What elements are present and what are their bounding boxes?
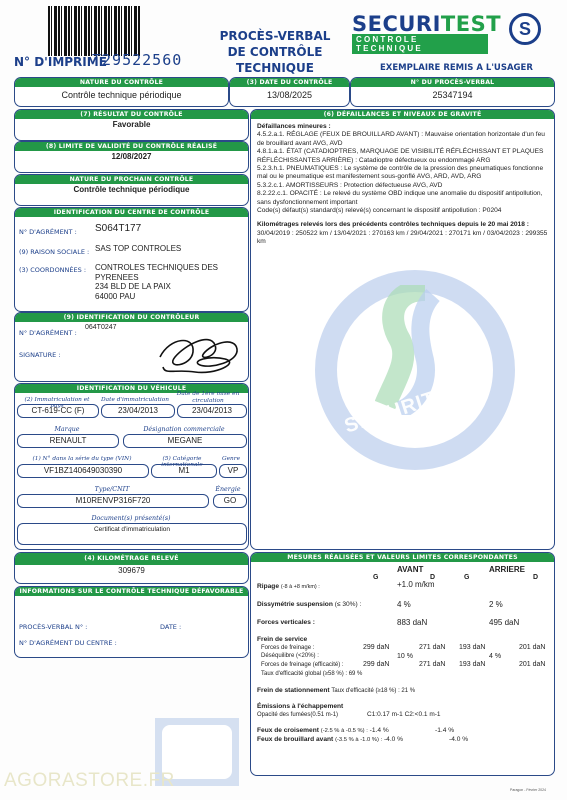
date-controle-box: (3) DATE DU CONTRÔLE 13/08/2025 — [229, 77, 350, 107]
imprime-number: T29522560 — [92, 51, 182, 69]
centre-box: IDENTIFICATION DU CENTRE DE CONTRÔLE N° … — [14, 207, 249, 312]
energie-value: GO — [213, 494, 247, 508]
designation-value: MEGANE — [123, 434, 247, 448]
km-history: Kilométrages relevés lors des précédents… — [257, 221, 548, 246]
defaillances-list: Défaillances mineures : 4.5.2.a.1. RÉGLA… — [251, 119, 554, 251]
vehicule-box: IDENTIFICATION DU VÉHICULE (2) Immatricu… — [14, 383, 249, 550]
categorie-value: M1 — [151, 464, 217, 478]
validite-box: (8) LIMITE DE VALIDITÉ DU CONTRÔLE RÉALI… — [14, 141, 249, 173]
prochain-box: NATURE DU PROCHAIN CONTRÔLE Contrôle tec… — [14, 174, 249, 206]
securitest-logo: SECURITEST CONTROLE TECHNIQUE — [352, 12, 522, 54]
defaillance-item: Code(s) défaut(s) standard(s) relevé(s) … — [257, 207, 548, 215]
centre-agrement-value: S064T177 — [95, 223, 141, 234]
marque-value: RENAULT — [17, 434, 119, 448]
agorastore-watermark: AGORASTORE.FR — [4, 770, 175, 792]
date-circulation-value: 23/04/2013 — [177, 404, 247, 418]
controleur-box: (9) IDENTIFICATION DU CONTRÔLEUR N° D'AG… — [14, 312, 249, 382]
immatriculation-value: CT-619-CC (F) — [17, 404, 99, 418]
print-note: Paragon - Février 2024 — [510, 788, 546, 792]
prochain-value: Contrôle technique périodique — [15, 184, 248, 194]
controleur-agrement-value: 064T0247 — [85, 324, 117, 331]
genre-value: VP — [219, 464, 247, 478]
kilometrage-value: 309679 — [15, 565, 248, 575]
resultat-box: (7) RÉSULTAT DU CONTRÔLE Favorable — [14, 109, 249, 141]
cnit-value: M10RENVP316F720 — [17, 494, 209, 508]
date-immat-value: 23/04/2013 — [101, 404, 175, 418]
signature — [155, 327, 245, 377]
resultat-value: Favorable — [15, 119, 248, 129]
exemplaire-label: EXEMPLAIRE REMIS A L'USAGER — [380, 63, 533, 73]
validite-value: 12/08/2027 — [15, 151, 248, 161]
defavorable-box: INFORMATIONS SUR LE CONTRÔLE TECHNIQUE D… — [14, 586, 249, 658]
pv-number-value: 25347194 — [351, 87, 554, 100]
document-title: PROCÈS-VERBAL DE CONTRÔLE TECHNIQUE — [205, 28, 345, 76]
ripage-value: +1.0 m/km — [397, 580, 435, 589]
coordonnees-value: CONTROLES TECHNIQUES DES PYRENEES 234 BL… — [95, 263, 218, 301]
date-controle-value: 13/08/2025 — [230, 87, 349, 100]
barcode — [48, 6, 140, 56]
defaillance-item: 4.8.1.a.1. ÉTAT (CATADIOPTRES, MARQUAGE … — [257, 148, 548, 165]
raison-sociale-value: SAS TOP CONTROLES — [95, 244, 181, 253]
vin-value: VF1BZ140649030390 — [17, 464, 149, 478]
securitest-s-icon: S — [509, 13, 541, 45]
defaillance-item: 4.5.2.a.1. RÉGLAGE (FEUX DE BROUILLARD A… — [257, 131, 548, 148]
kilometrage-box: (4) KILOMÉTRAGE RELEVÉ 309679 — [14, 552, 249, 584]
nature-controle-box: NATURE DU CONTRÔLE Contrôle technique pé… — [14, 77, 229, 107]
defaillance-item: 5.2.3.h.1. PNEUMATIQUES : Le système de … — [257, 165, 548, 182]
nature-controle-value: Contrôle technique périodique — [15, 87, 228, 100]
defaillance-item: 8.2.22.c.1. OPACITÉ : Le relevé du systè… — [257, 190, 548, 207]
mesures-box: MESURES RÉALISÉES ET VALEURS LIMITES COR… — [250, 552, 555, 776]
documents-value: Certificat d'immatriculation — [17, 523, 247, 545]
defaillance-item: 5.3.2.c.1. AMORTISSEURS : Protection déf… — [257, 182, 548, 190]
pv-number-box: N° DU PROCÈS-VERBAL 25347194 — [350, 77, 555, 107]
